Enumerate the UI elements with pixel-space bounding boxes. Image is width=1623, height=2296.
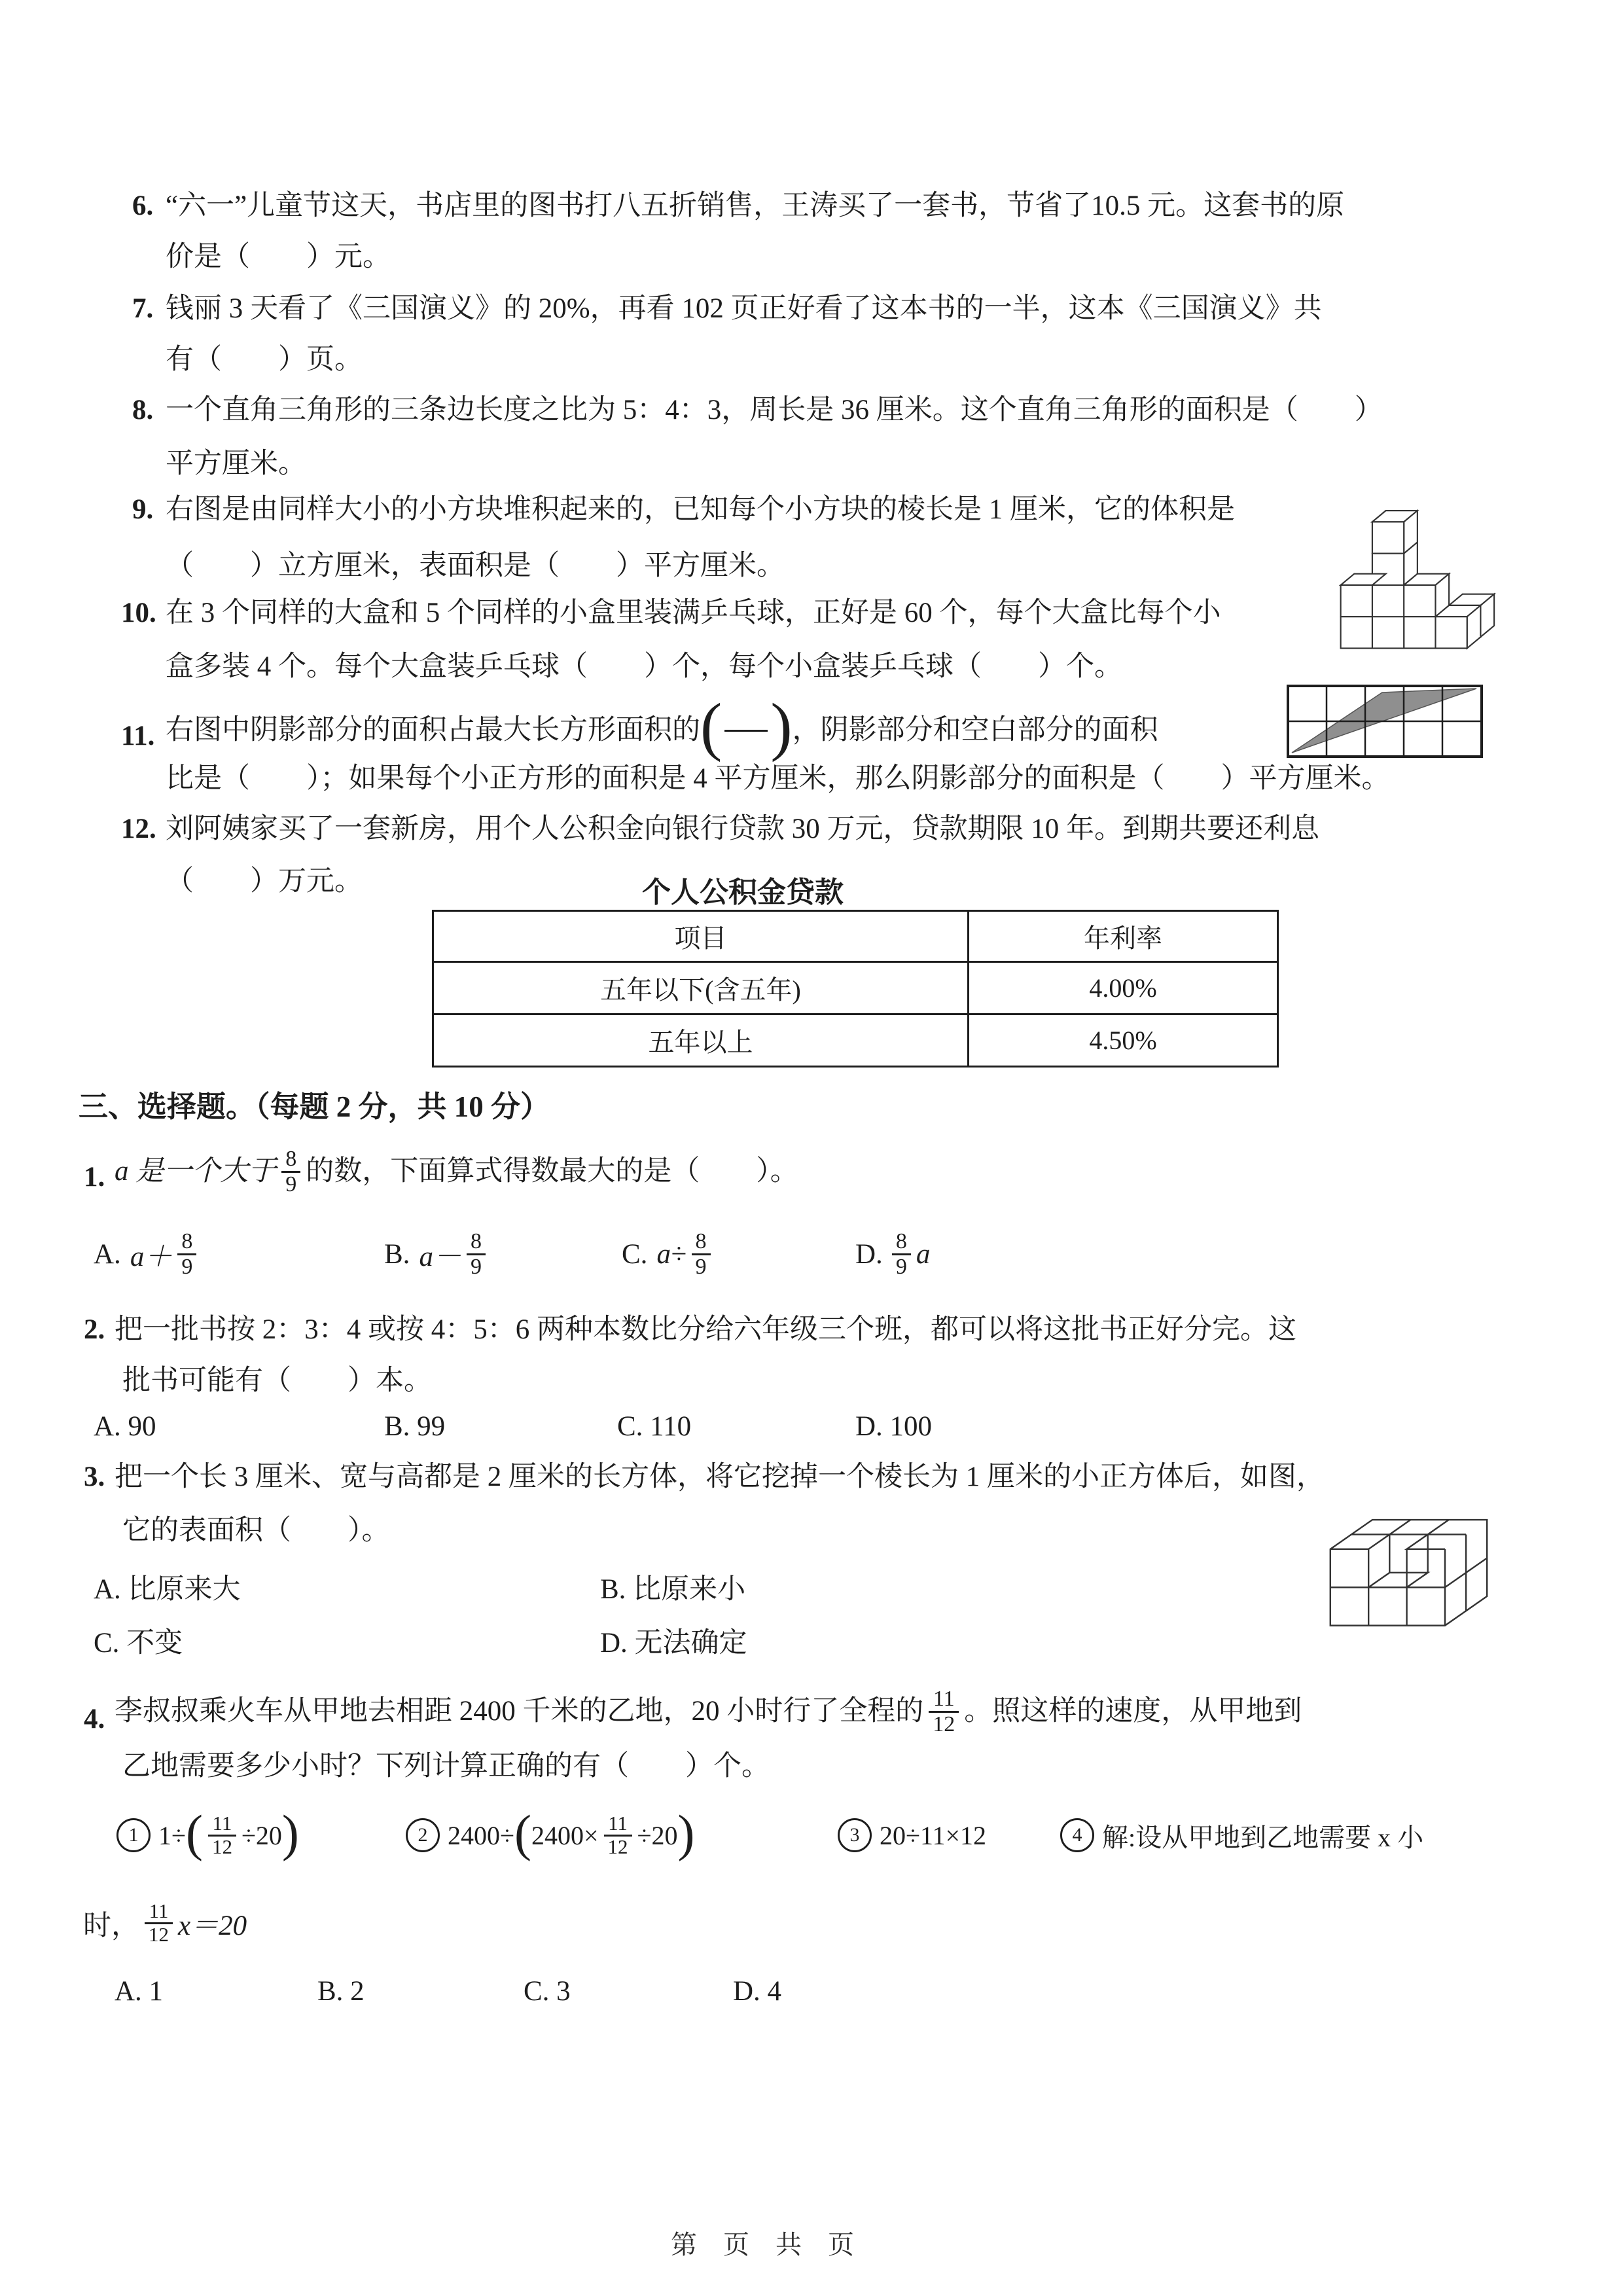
choice-4-equation-continuation: 时， 1112 x＝20 bbox=[83, 1889, 247, 1957]
choice-3-line-2: 它的表面积（ ）。 bbox=[122, 1513, 390, 1549]
choice-2-line-1: 把一批书按 2：3：4 或按 4：5：6 两种本数比分给六年级三个班，都可以将这… bbox=[115, 1312, 1296, 1348]
choice-1-option-b: B.a－ 89 bbox=[384, 1221, 491, 1287]
exam-paper-page: 6. “六一”儿童节这天，书店里的图书打八五折销售，王涛买了一套书，节省了10.… bbox=[0, 0, 1623, 2296]
question-10-line-2: 盒多装 4 个。每个大盒装乒乓球（ ）个，每个小盒装乒乓球（ ）个。 bbox=[166, 649, 1122, 685]
choice-2-option-a: A. 90 bbox=[94, 1410, 156, 1443]
question-8-line-1: 一个直角三角形的三条边长度之比为 5：4：3，周长是 36 厘米。这个直角三角形… bbox=[166, 393, 1383, 428]
choice-1-option-c: C.a÷ 89 bbox=[622, 1221, 716, 1287]
choice-2-option-b: B. 99 bbox=[384, 1410, 445, 1443]
fraction-11-12: 1112 bbox=[145, 1901, 173, 1945]
loan-table: 项目 年利率 五年以下(含五年) 4.00% 五年以上 4.50% bbox=[432, 910, 1279, 1067]
question-8-number: 8. bbox=[132, 393, 153, 428]
question-11-line-2: 比是（ ）；如果每个小正方形的面积是 4 平方厘米，那么阴影部分的面积是（ ）平… bbox=[166, 761, 1390, 797]
loan-table-title: 个人公积金贷款 bbox=[432, 869, 1054, 910]
question-9-line-1: 右图是由同样大小的小方块堆积起来的，已知每个小方块的棱长是 1 厘米，它的体积是 bbox=[166, 492, 1235, 528]
choice-4-equation-3: 3 20÷11×12 bbox=[838, 1799, 986, 1872]
question-11-text-b: ，阴影部分和空白部分的面积 bbox=[793, 713, 1158, 748]
cube bbox=[1404, 617, 1435, 648]
cube bbox=[1341, 574, 1386, 617]
choice-4-option-b: B. 2 bbox=[317, 1975, 365, 2007]
question-7-line-2: 有（ ）页。 bbox=[166, 342, 363, 378]
choice-4-text-a: 李叔叔乘火车从甲地去相距 2400 千米的乙地，20 小时行了全程的 bbox=[115, 1694, 923, 1729]
loan-table-cell-term-under5: 五年以下(含五年) bbox=[433, 962, 969, 1014]
fraction-8-9: 89 bbox=[692, 1230, 711, 1278]
question-10-number: 10. bbox=[121, 596, 156, 631]
choice-4-text-b: 。照这样的速度，从甲地到 bbox=[964, 1694, 1302, 1729]
fraction-11-12: 1112 bbox=[208, 1813, 236, 1857]
choice-1-text-b: 的数，下面算式得数最大的是（ ）。 bbox=[306, 1154, 798, 1189]
choice-1-text-a: a 是一个大于 bbox=[115, 1154, 276, 1189]
fraction-11-12: 1112 bbox=[604, 1813, 632, 1857]
choice-4-line-2: 乙地需要多少小时？下列计算正确的有（ ）个。 bbox=[122, 1749, 770, 1784]
choice-2-line-2: 批书可能有（ ）本。 bbox=[122, 1363, 432, 1399]
question-7-number: 7. bbox=[132, 291, 153, 327]
choice-3-option-d: D. 无法确定 bbox=[600, 1621, 747, 1660]
choice-4-equation-2: 2 2400÷ ( 2400× 1112 ÷20 ) bbox=[406, 1799, 694, 1872]
cube-stack-figure bbox=[1335, 490, 1499, 664]
choice-3-option-a: A. 比原来大 bbox=[94, 1567, 241, 1607]
choice-2-option-d: D. 100 bbox=[855, 1410, 932, 1443]
loan-table-row-under5: 五年以下(含五年) 4.00% bbox=[433, 962, 1278, 1014]
loan-table-row-over5: 五年以上 4.50% bbox=[433, 1014, 1278, 1067]
choice-4-equation-4: 4 解:设从甲地到乙地需要 x 小 bbox=[1060, 1799, 1423, 1872]
question-6-number: 6. bbox=[132, 188, 153, 224]
choice-1-line-1: a 是一个大于 8 9 的数，下面算式得数最大的是（ ）。 bbox=[115, 1140, 798, 1203]
choice-3-number: 3. bbox=[84, 1460, 105, 1495]
question-9-number: 9. bbox=[132, 492, 153, 528]
circled-2-icon: 2 bbox=[406, 1818, 440, 1852]
section-3-header: 三、选择题。（每题 2 分，共 10 分） bbox=[79, 1088, 550, 1125]
choice-1-option-a: A.a＋ 89 bbox=[94, 1221, 202, 1287]
question-11-line-1: 右图中阴影部分的面积占最大长方形面积的 ( ) ，阴影部分和空白部分的面积 bbox=[166, 699, 1158, 762]
choice-3-option-b: B. 比原来小 bbox=[600, 1567, 745, 1607]
choice-1-number: 1. bbox=[84, 1160, 105, 1195]
choice-4-equation-1: 1 1÷ ( 1112 ÷20 ) bbox=[116, 1799, 299, 1872]
fraction-8-9: 8 9 bbox=[281, 1147, 300, 1196]
choice-4-option-c: C. 3 bbox=[524, 1975, 571, 2007]
fraction-8-9: 89 bbox=[177, 1230, 196, 1278]
cube bbox=[1341, 617, 1372, 648]
fraction-8-9: 89 bbox=[467, 1230, 486, 1278]
loan-table-cell-rate-under5: 4.00% bbox=[969, 962, 1278, 1014]
choice-3-option-c: C. 不变 bbox=[94, 1621, 183, 1660]
fraction-11-12: 11 12 bbox=[929, 1687, 959, 1736]
question-7-line-1: 钱丽 3 天看了《三国演义》的 20%，再看 102 页正好看了这本书的一半，这… bbox=[166, 291, 1322, 327]
choice-4-line-1: 李叔叔乘火车从甲地去相距 2400 千米的乙地，20 小时行了全程的 11 12… bbox=[115, 1679, 1302, 1744]
choice-2-number: 2. bbox=[84, 1312, 105, 1348]
notched-cuboid-figure bbox=[1325, 1507, 1492, 1631]
choice-4-number: 4. bbox=[84, 1702, 105, 1737]
cube bbox=[1435, 605, 1480, 649]
blank-fraction-close-paren: ) bbox=[770, 700, 792, 753]
choice-1-option-d: D. 89 a bbox=[855, 1221, 930, 1287]
question-6-line-1: “六一”儿童节这天，书店里的图书打八五折销售，王涛买了一套书，节省了10.5 元… bbox=[166, 188, 1344, 224]
blank-fraction-bar bbox=[724, 730, 768, 732]
fraction-8-9: 89 bbox=[892, 1230, 911, 1278]
circled-3-icon: 3 bbox=[838, 1818, 872, 1852]
question-8-line-2: 平方厘米。 bbox=[166, 446, 306, 482]
question-12-line-1: 刘阿姨家买了一套新房，用个人公积金向银行贷款 30 万元，贷款期限 10 年。到… bbox=[166, 812, 1319, 847]
cube bbox=[1372, 617, 1404, 648]
question-12-number: 12. bbox=[121, 812, 156, 847]
choice-3-line-1: 把一个长 3 厘米、宽与高都是 2 厘米的长方体，将它挖掉一个棱长为 1 厘米的… bbox=[115, 1460, 1325, 1495]
question-12-line-2: （ ）万元。 bbox=[166, 864, 363, 899]
page-footer: 第 页 共 页 bbox=[0, 2224, 1525, 2261]
circled-4-icon: 4 bbox=[1060, 1818, 1094, 1852]
loan-table-cell-term-over5: 五年以上 bbox=[433, 1014, 969, 1067]
shaded-grid-figure bbox=[1287, 685, 1483, 758]
loan-table-header-rate: 年利率 bbox=[969, 911, 1278, 962]
question-11-number: 11. bbox=[121, 719, 154, 754]
blank-fraction-open-paren: ( bbox=[700, 700, 722, 753]
question-9-line-2: （ ）立方厘米，表面积是（ ）平方厘米。 bbox=[166, 548, 785, 584]
question-6-line-2: 价是（ ）元。 bbox=[166, 240, 391, 275]
question-10-line-1: 在 3 个同样的大盒和 5 个同样的小盒里装满乒乓球，正好是 60 个，每个大盒… bbox=[166, 596, 1221, 631]
circled-1-icon: 1 bbox=[116, 1818, 151, 1852]
choice-2-option-c: C. 110 bbox=[617, 1410, 691, 1443]
choice-4-option-a: A. 1 bbox=[115, 1975, 163, 2007]
loan-table-header-item: 项目 bbox=[433, 911, 969, 962]
question-11-text-a: 右图中阴影部分的面积占最大长方形面积的 bbox=[166, 713, 700, 748]
choice-4-option-d: D. 4 bbox=[733, 1975, 781, 2007]
loan-table-cell-rate-over5: 4.50% bbox=[969, 1014, 1278, 1067]
loan-table-header-row: 项目 年利率 bbox=[433, 911, 1278, 962]
